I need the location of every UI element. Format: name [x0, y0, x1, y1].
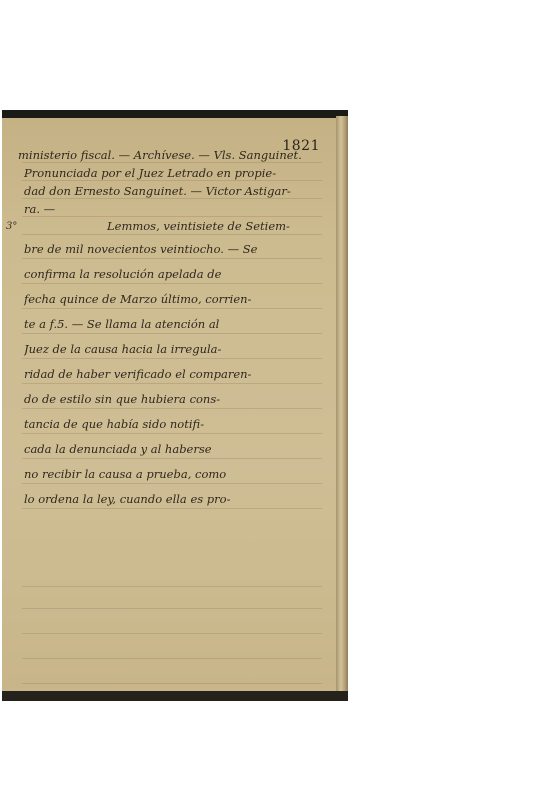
ruled-line: [22, 383, 322, 384]
paper-sheet: 1821 ministerio fiscal. — Archívese. — V…: [2, 118, 338, 693]
ruled-line: [22, 333, 322, 334]
ruled-line: [22, 633, 322, 634]
ruled-line: [22, 283, 322, 284]
ruled-line: [22, 458, 322, 459]
ruled-line: [22, 258, 322, 259]
ruled-line: [22, 483, 322, 484]
text-line: Pronunciada por el Juez Letrado en propi…: [24, 164, 324, 182]
entry-number: 3°: [6, 221, 17, 232]
text-line: ridad de haber verificado el comparen-: [24, 365, 324, 383]
text-line: bre de mil novecientos veintiocho. — Se: [24, 240, 324, 258]
page-edge: [336, 116, 348, 694]
ruled-line: [22, 683, 322, 684]
text-line: Lemmos, veintisiete de Setiem-: [107, 217, 322, 235]
text-line: te a f.5. — Se llama la atención al: [24, 315, 324, 333]
text-line: tancia de que había sido notifi-: [24, 415, 324, 433]
text-line: ministerio fiscal. — Archívese. — Vls. S…: [18, 146, 318, 164]
ruled-line: [22, 358, 322, 359]
text-line: Juez de la causa hacia la irregula-: [24, 340, 324, 358]
text-line: dad don Ernesto Sanguinet. — Victor Asti…: [24, 182, 324, 200]
binding-shadow: [2, 691, 348, 701]
text-line: confirma la resolución apelada de: [24, 265, 324, 283]
scanned-ledger-page: 1821 ministerio fiscal. — Archívese. — V…: [2, 110, 348, 701]
ruled-line: [22, 308, 322, 309]
ruled-line: [22, 433, 322, 434]
text-line: ra. —: [24, 200, 324, 218]
ruled-line: [22, 408, 322, 409]
ruled-line: [22, 586, 322, 587]
ruled-line: [22, 658, 322, 659]
text-line: do de estilo sin que hubiera cons-: [24, 390, 324, 408]
text-line: fecha quince de Marzo último, corrien-: [24, 290, 324, 308]
ruled-line: [22, 508, 322, 509]
text-line: cada la denunciada y al haberse: [24, 440, 324, 458]
text-line: lo ordena la ley, cuando ella es pro-: [24, 490, 324, 508]
text-line: no recibir la causa a prueba, como: [24, 465, 324, 483]
ruled-line: [22, 608, 322, 609]
